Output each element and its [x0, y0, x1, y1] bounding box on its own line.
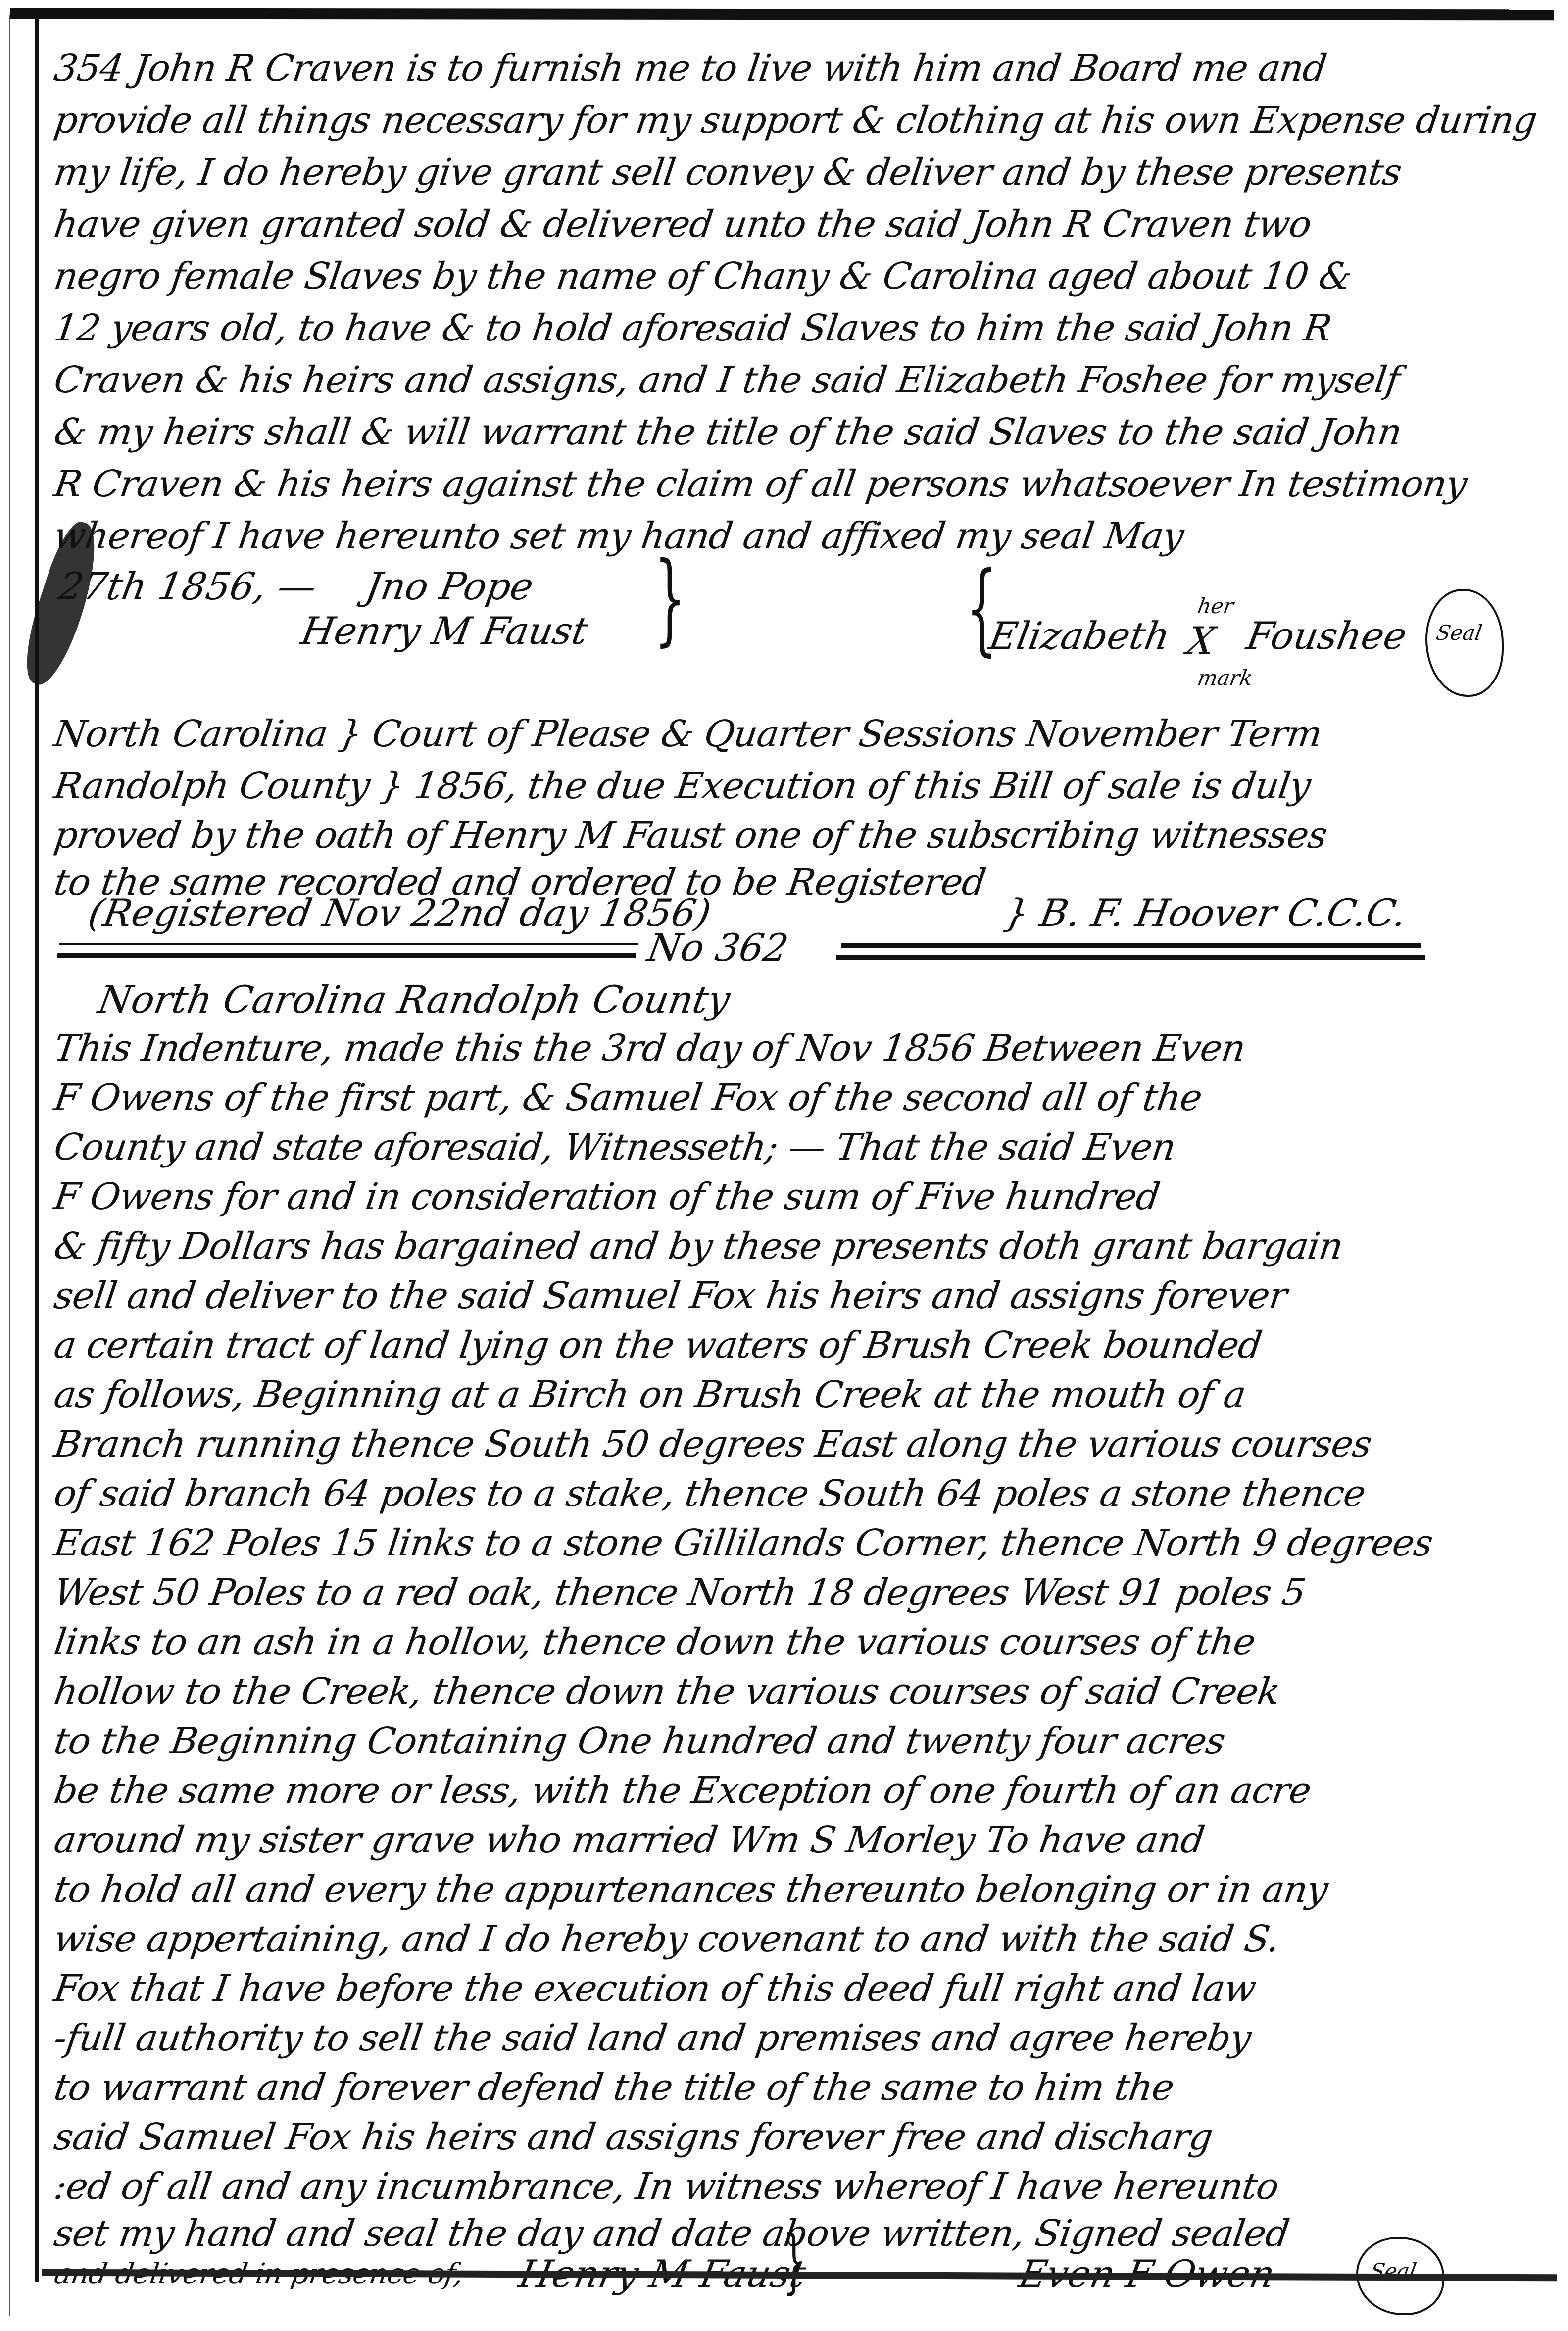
- indenture-line: :ed of all and any incumbrance, In witne…: [51, 2165, 1552, 2208]
- record-line: whereof I have hereunto set my hand and …: [51, 515, 1552, 557]
- registered-note: (Registered Nov 22nd day 1856): [85, 891, 714, 935]
- seal-scroll: Seal: [1425, 589, 1504, 697]
- certification-line: proved by the oath of Henry M Faust one …: [51, 814, 1552, 857]
- page-top-border: [10, 8, 1554, 21]
- indenture-line: Branch running thence South 50 degrees E…: [51, 1423, 1552, 1465]
- indenture-line: a certain tract of land lying on the wat…: [51, 1324, 1552, 1366]
- indenture-line: F Owens of the first part, & Samuel Fox …: [51, 1076, 1552, 1119]
- grantor-first-name: Elizabeth: [986, 614, 1173, 658]
- indenture-line: East 162 Poles 15 links to a stone Gilli…: [51, 1522, 1552, 1564]
- indenture-line: & fifty Dollars has bargained and by the…: [51, 1225, 1552, 1267]
- indenture-line: be the same more or less, with the Excep…: [51, 1769, 1552, 1812]
- witness-signature: Jno Pope: [362, 564, 537, 608]
- indenture-line: wise appertaining, and I do hereby coven…: [51, 1918, 1552, 1960]
- indenture-line: -full authority to sell the said land an…: [51, 2017, 1552, 2059]
- indenture-line: Fox that I have before the execution of …: [51, 1967, 1552, 2010]
- divider-rule: [57, 953, 636, 958]
- indenture-line: links to an ash in a hollow, thence down…: [51, 1621, 1552, 1663]
- certification-line: North Carolina } Court of Please & Quart…: [51, 713, 1552, 755]
- indenture-line: F Owens for and in consideration of the …: [51, 1175, 1552, 1218]
- record-line: & my heirs shall & will warrant the titl…: [51, 411, 1552, 453]
- record-line: negro female Slaves by the name of Chany…: [51, 255, 1552, 297]
- witness-brace: }: [654, 549, 686, 648]
- indenture-line: West 50 Poles to a red oak, thence North…: [51, 1571, 1552, 1614]
- indenture-line: as follows, Beginning at a Birch on Brus…: [51, 1373, 1552, 1416]
- record-line: have given granted sold & delivered unto…: [51, 203, 1552, 245]
- record-line: Craven & his heirs and assigns, and I th…: [51, 359, 1552, 401]
- indenture-line: sell and deliver to the said Samuel Fox …: [51, 1274, 1552, 1317]
- indenture-line: to hold all and every the appurtenances …: [51, 1868, 1552, 1911]
- clerk-signature: } B. F. Hoover C.C.C.: [1001, 891, 1410, 935]
- deed-book-page: 354 John R Craven is to furnish me to li…: [0, 0, 1568, 2331]
- indenture-line: to the Beginning Containing One hundred …: [51, 1720, 1552, 1762]
- indenture-line: County and state aforesaid, Witnesseth; …: [51, 1126, 1552, 1168]
- seal-label: Seal: [1434, 621, 1484, 645]
- witness-signature: Henry M Faust: [298, 609, 591, 653]
- indenture-heading: North Carolina Randolph County: [95, 977, 733, 1021]
- indenture-line: of said branch 64 poles to a stake, then…: [51, 1472, 1552, 1515]
- indenture-line: This Indenture, made this the 3rd day of…: [51, 1027, 1552, 1069]
- indenture-line: said Samuel Fox his heirs and assigns fo…: [51, 2116, 1552, 2158]
- indenture-line: hollow to the Creek, thence down the var…: [51, 1670, 1552, 1713]
- indenture-line: to warrant and forever defend the title …: [51, 2066, 1552, 2109]
- record-line: my life, I do hereby give grant sell con…: [51, 151, 1552, 194]
- record-line: 354 John R Craven is to furnish me to li…: [51, 47, 1552, 90]
- record-number: No 362: [644, 925, 791, 970]
- record-date-line: 27th 1856, —: [55, 564, 320, 608]
- certification-line: Randolph County } 1856, the due Executio…: [51, 765, 1552, 807]
- record-line: 12 years old, to have & to hold aforesai…: [51, 307, 1552, 349]
- indenture-line: around my sister grave who married Wm S …: [51, 1819, 1552, 1861]
- grantor-mark: X: [1184, 619, 1219, 663]
- divider-rule: [841, 943, 1421, 948]
- page-left-edge: [9, 15, 10, 2316]
- divider-rule: [836, 955, 1425, 960]
- record-line: R Craven & his heirs against the claim o…: [51, 463, 1552, 505]
- grantor-last-name: Foushee: [1243, 614, 1410, 658]
- grantor-mark-label: mark: [1196, 666, 1255, 690]
- divider-rule: [59, 943, 638, 945]
- witness-brace: }: [783, 2227, 805, 2296]
- grantor-her-label: her: [1196, 594, 1236, 618]
- page-left-margin-rule: [35, 15, 39, 2282]
- record-line: provide all things necessary for my supp…: [51, 99, 1552, 142]
